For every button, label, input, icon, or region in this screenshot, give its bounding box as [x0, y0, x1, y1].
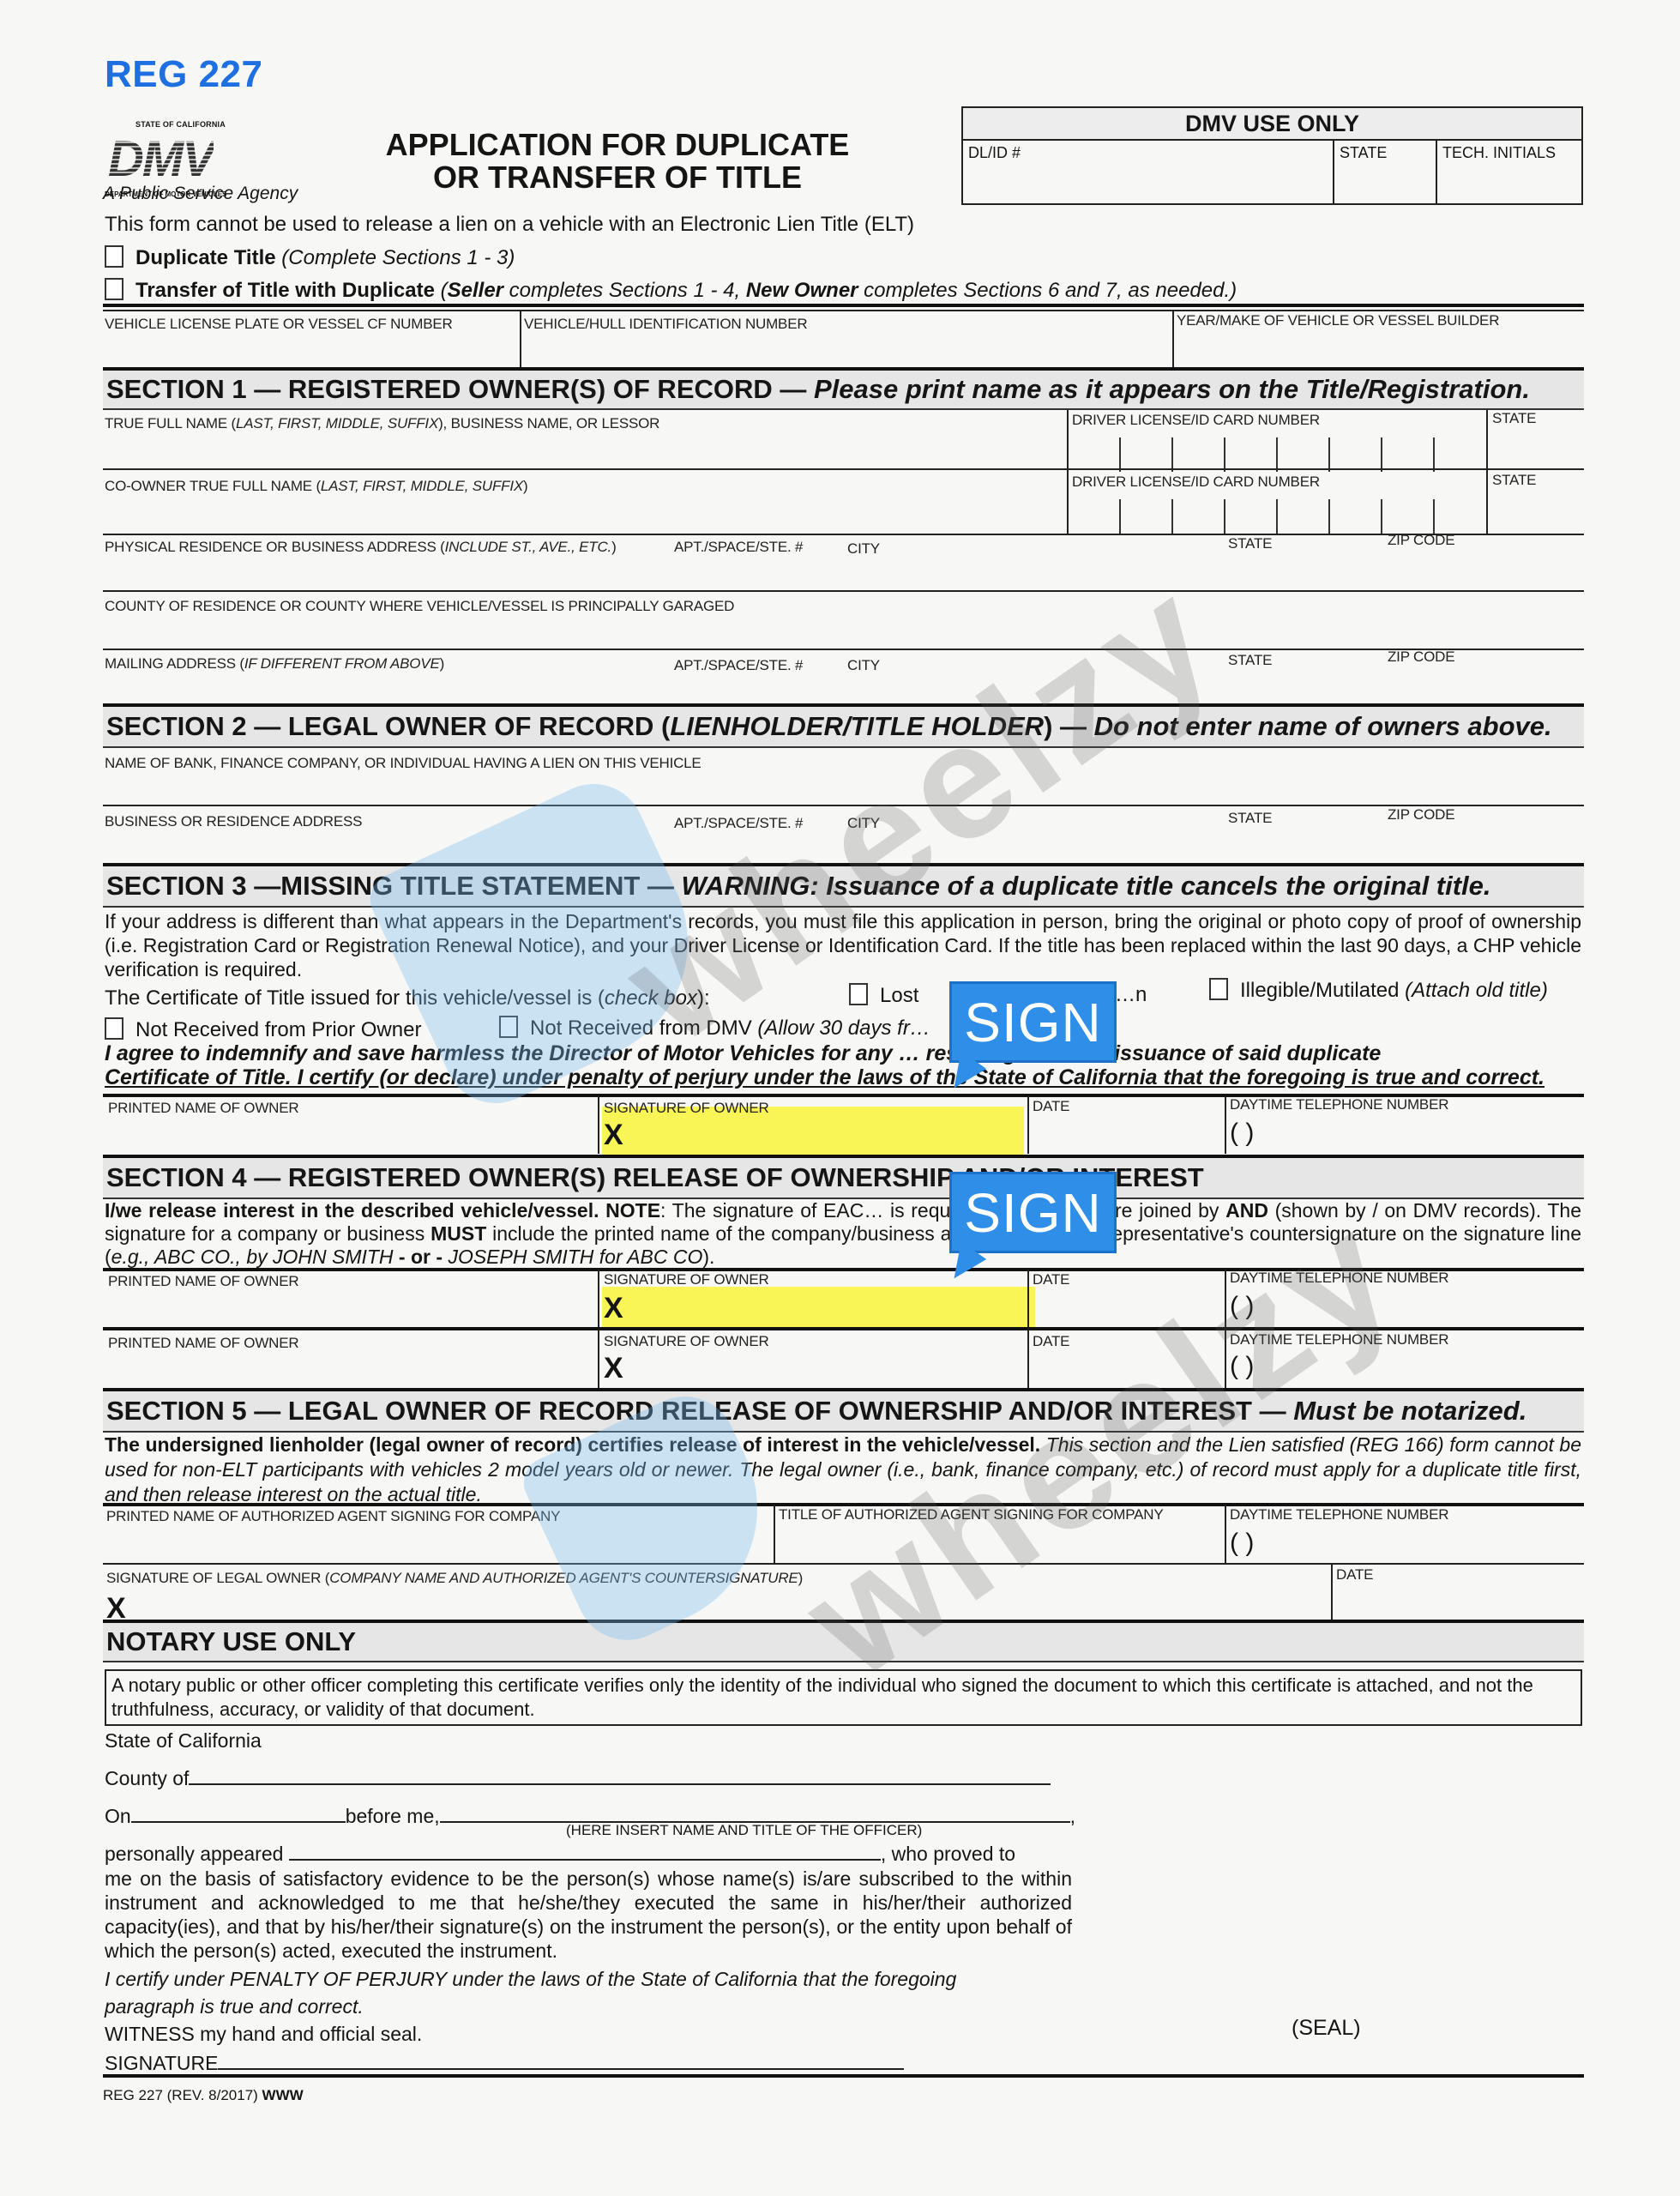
mailing-apt-field[interactable]: APT./SPACE/STE. #: [674, 657, 803, 674]
section-5-header: SECTION 5 — LEGAL OWNER OF RECORD RELEAS…: [103, 1388, 1584, 1433]
lienholder-address-field[interactable]: BUSINESS OR RESIDENCE ADDRESS: [105, 813, 362, 830]
lost-label: Lost: [880, 984, 918, 1007]
mailing-zip-field[interactable]: ZIP CODE: [1388, 649, 1454, 666]
dmv-dlid-field[interactable]: DL/ID #: [963, 141, 1334, 205]
divider: [774, 1505, 775, 1563]
physical-apt-field[interactable]: APT./SPACE/STE. #: [674, 539, 803, 556]
s5-phone-field[interactable]: DAYTIME TELEPHONE NUMBER: [1230, 1506, 1448, 1523]
illegible-checkbox[interactable]: [1209, 978, 1228, 1000]
divider: [1067, 410, 1069, 535]
divider: [598, 1330, 599, 1388]
divider: [103, 468, 1584, 470]
section-3-title: SECTION 3 —MISSING TITLE STATEMENT —: [106, 871, 682, 901]
county-field[interactable]: COUNTY OF RESIDENCE OR COUNTY WHERE VEHI…: [105, 598, 734, 615]
notary-title: NOTARY USE ONLY: [106, 1626, 356, 1656]
s5-date-field[interactable]: DATE: [1336, 1566, 1373, 1584]
owner-dl-field[interactable]: DRIVER LICENSE/ID CARD NUMBER: [1072, 412, 1320, 429]
duplicate-title-checkbox[interactable]: [105, 245, 123, 268]
sign-here-badge[interactable]: SIGN: [949, 1172, 1117, 1253]
section-3-header: SECTION 3 —MISSING TITLE STATEMENT — WAR…: [103, 863, 1584, 908]
notary-appeared-line[interactable]: personally appeared , who proved to: [105, 1843, 1015, 1866]
section-2-header: SECTION 2 — LEGAL OWNER OF RECORD (LIENH…: [103, 703, 1584, 748]
lienholder-apt-field[interactable]: APT./SPACE/STE. #: [674, 815, 803, 832]
s4-row2-phone-parens: ( ): [1230, 1352, 1254, 1381]
logo-mark: DMV: [108, 130, 214, 188]
section-2-title-end: ) —: [1044, 711, 1094, 741]
divider: [103, 590, 1584, 592]
status-not-received-dmv-option[interactable]: Not Received from DMV (Allow 30 days fr…: [499, 1016, 930, 1041]
illegible-label: Illegible/Mutilated: [1240, 979, 1399, 1002]
section-4-header: SECTION 4 — REGISTERED OWNER(S) RELEASE …: [103, 1155, 1584, 1199]
divider: [1225, 1096, 1226, 1154]
section-5-subtitle: Must be notarized.: [1293, 1396, 1526, 1426]
divider: [1027, 1330, 1029, 1388]
s4-row2-printed-name-field[interactable]: PRINTED NAME OF OWNER: [108, 1335, 298, 1352]
divider: [1225, 1270, 1226, 1333]
s4-row1-signature-field[interactable]: SIGNATURE OF OWNER: [604, 1271, 769, 1288]
duplicate-title-label: Duplicate Title: [135, 246, 276, 269]
divider: [1331, 1563, 1333, 1621]
s4-row1-printed-name-field[interactable]: PRINTED NAME OF OWNER: [108, 1273, 298, 1290]
agent-name-field[interactable]: PRINTED NAME OF AUTHORIZED AGENT SIGNING…: [106, 1508, 560, 1525]
indemnity-line-2: Certificate of Title. I certify (or decl…: [105, 1065, 1584, 1089]
divider: [1225, 1330, 1226, 1388]
date-blank[interactable]: [131, 1821, 346, 1823]
dmv-state-field[interactable]: STATE: [1334, 141, 1437, 205]
indemnity-line-1: I agree to indemnify and save harmless t…: [105, 1041, 1584, 1065]
notary-seal: (SEAL): [1292, 2016, 1361, 2041]
dmv-tech-initials-field[interactable]: TECH. INITIALS: [1437, 141, 1581, 205]
divider: [1172, 311, 1174, 369]
status-illegible-option[interactable]: Illegible/Mutilated (Attach old title): [1209, 978, 1548, 1003]
section-2-title: SECTION 2 — LEGAL OWNER OF RECORD (: [106, 711, 670, 741]
notary-signature-blank[interactable]: [218, 2068, 904, 2070]
s4-row2-phone-field[interactable]: DAYTIME TELEPHONE NUMBER: [1230, 1331, 1448, 1348]
agent-title-field[interactable]: TITLE OF AUTHORIZED AGENT SIGNING FOR CO…: [779, 1506, 1163, 1523]
physical-city-field[interactable]: CITY: [847, 540, 880, 558]
status-prior-owner-option[interactable]: Not Received from Prior Owner: [105, 1017, 421, 1042]
section-5-paragraph: The undersigned lienholder (legal owner …: [105, 1433, 1581, 1507]
title-status-prompt: The Certificate of Title issued for this…: [105, 986, 710, 1011]
illegible-note: (Attach old title): [1405, 979, 1548, 1002]
section-3-subtitle: WARNING: Issuance of a duplicate title c…: [682, 871, 1491, 901]
divider: [1027, 1096, 1029, 1154]
notary-signature-line[interactable]: SIGNATURE: [105, 2052, 904, 2075]
title-line-2: OR TRANSFER OF TITLE: [360, 161, 875, 194]
divider: [103, 1327, 1584, 1330]
transfer-title-note: (Seller completes Sections 1 - 4, New Ow…: [441, 279, 1237, 302]
form-revision: REG 227 (REV. 8/2017) WWW: [103, 2087, 304, 2104]
year-make-field[interactable]: YEAR/MAKE OF VEHICLE OR VESSEL BUILDER: [1177, 312, 1499, 329]
s4-row1-phone-parens: ( ): [1230, 1292, 1254, 1321]
duplicate-title-note: (Complete Sections 1 - 3): [281, 246, 515, 269]
notary-acknowledgment: me on the basis of satisfactory evidence…: [105, 1867, 1072, 1963]
section-2-subtitle: Do not enter name of owners above.: [1094, 711, 1552, 741]
prior-owner-checkbox[interactable]: [105, 1017, 123, 1040]
legal-owner-signature-field[interactable]: SIGNATURE OF LEGAL OWNER (COMPANY NAME A…: [106, 1570, 803, 1587]
officer-hint: (HERE INSERT NAME AND TITLE OF THE OFFIC…: [566, 1822, 922, 1839]
s3-date-field[interactable]: DATE: [1033, 1098, 1069, 1115]
s5-phone-parens: ( ): [1230, 1529, 1254, 1558]
divider: [1486, 410, 1488, 535]
vin-field[interactable]: VEHICLE/HULL IDENTIFICATION NUMBER: [524, 316, 807, 333]
sign-here-badge[interactable]: SIGN: [949, 981, 1117, 1063]
section-3-paragraph: If your address is different than what a…: [105, 909, 1581, 981]
s4-row2-signature-x: X: [604, 1352, 623, 1385]
notary-state: State of California: [105, 1729, 262, 1753]
section-1-subtitle: Please print name as it appears on the T…: [814, 374, 1530, 404]
transfer-title-label: Transfer of Title with Duplicate: [135, 279, 435, 302]
lienholder-zip-field[interactable]: ZIP CODE: [1388, 806, 1454, 823]
appeared-blank[interactable]: [289, 1859, 881, 1861]
logo-state-text: STATE OF CALIFORNIA: [135, 120, 226, 129]
lienholder-name-field[interactable]: NAME OF BANK, FINANCE COMPANY, OR INDIVI…: [105, 755, 702, 772]
divider: [1027, 1270, 1029, 1333]
s3-printed-name-field[interactable]: PRINTED NAME OF OWNER: [108, 1100, 298, 1117]
other-label: …n: [1115, 983, 1147, 1006]
indemnity-statement: I agree to indemnify and save harmless t…: [105, 1041, 1584, 1089]
co-owner-dl-field[interactable]: DRIVER LICENSE/ID CARD NUMBER: [1072, 474, 1320, 491]
divider: [103, 534, 1584, 535]
option-transfer-title[interactable]: Transfer of Title with Duplicate (Seller…: [105, 278, 1237, 303]
divider: [598, 1270, 599, 1333]
mailing-address-field[interactable]: MAILING ADDRESS (IF DIFFERENT FROM ABOVE…: [105, 655, 444, 673]
dmv-use-only-title: DMV USE ONLY: [963, 108, 1581, 141]
section-4-paragraph: I/we release interest in the described v…: [105, 1199, 1581, 1269]
notary-perjury-line-2: paragraph is true and correct.: [105, 1995, 364, 2018]
notary-disclaimer: A notary public or other officer complet…: [105, 1669, 1582, 1726]
physical-state-field[interactable]: STATE: [1228, 535, 1272, 552]
notary-witness: WITNESS my hand and official seal.: [105, 2023, 422, 2046]
s4-row1-phone-field[interactable]: DAYTIME TELEPHONE NUMBER: [1230, 1270, 1448, 1287]
s4-row1-date-field[interactable]: DATE: [1033, 1271, 1069, 1288]
divider: [103, 304, 1584, 307]
divider: [103, 805, 1584, 806]
co-owner-name-field[interactable]: CO-OWNER TRUE FULL NAME (LAST, FIRST, MI…: [105, 478, 528, 495]
prior-owner-label: Not Received from Prior Owner: [135, 1018, 421, 1041]
section-2-title-italic: LIENHOLDER/TITLE HOLDER: [670, 711, 1044, 741]
divider: [1225, 1505, 1226, 1563]
divider: [520, 311, 521, 369]
mailing-city-field[interactable]: CITY: [847, 657, 880, 674]
s3-signature-field[interactable]: SIGNATURE OF OWNER: [604, 1100, 769, 1117]
agency-tagline: A Public Service Agency: [103, 184, 298, 204]
divider: [103, 2074, 1584, 2078]
form-title: APPLICATION FOR DUPLICATE OR TRANSFER OF…: [360, 129, 875, 194]
s4-row1-signature-x: X: [604, 1292, 623, 1325]
dmv-use-only-box: DMV USE ONLY DL/ID # STATE TECH. INITIAL…: [961, 106, 1583, 205]
divider: [103, 649, 1584, 650]
owner-name-field[interactable]: TRUE FULL NAME (LAST, FIRST, MIDDLE, SUF…: [105, 415, 659, 432]
notary-header: NOTARY USE ONLY: [103, 1620, 1584, 1662]
section-5-title: SECTION 5 — LEGAL OWNER OF RECORD RELEAS…: [106, 1396, 1293, 1426]
not-received-dmv-checkbox[interactable]: [499, 1016, 518, 1038]
section-1-header: SECTION 1 — REGISTERED OWNER(S) OF RECOR…: [103, 367, 1584, 410]
not-received-dmv-note: (Allow 30 days fr…: [757, 1017, 930, 1040]
lost-checkbox[interactable]: [849, 983, 868, 1005]
divider: [598, 1096, 599, 1154]
county-blank[interactable]: [189, 1783, 1051, 1785]
transfer-title-checkbox[interactable]: [105, 278, 123, 300]
notary-county-line[interactable]: County of: [105, 1767, 1051, 1790]
divider: [103, 1563, 1584, 1565]
co-owner-state-field[interactable]: STATE: [1492, 472, 1536, 489]
license-plate-field[interactable]: VEHICLE LICENSE PLATE OR VESSEL CF NUMBE…: [105, 316, 453, 333]
title-line-1: APPLICATION FOR DUPLICATE: [360, 129, 875, 161]
lienholder-state-field[interactable]: STATE: [1228, 810, 1272, 827]
status-other-option[interactable]: …n: [1115, 983, 1147, 1007]
s4-row2-signature-field[interactable]: SIGNATURE OF OWNER: [604, 1333, 769, 1350]
form-number-badge: REG 227: [105, 53, 262, 96]
owner-state-field[interactable]: STATE: [1492, 410, 1536, 427]
signature-highlight: [602, 1287, 1035, 1330]
option-duplicate-title[interactable]: Duplicate Title (Complete Sections 1 - 3…: [105, 245, 515, 270]
section-1-title: SECTION 1 — REGISTERED OWNER(S) OF RECOR…: [106, 374, 814, 404]
notary-perjury-line-1: I certify under PENALTY OF PERJURY under…: [105, 1968, 956, 1991]
mailing-state-field[interactable]: STATE: [1228, 652, 1272, 669]
s3-signature-x: X: [604, 1119, 623, 1152]
s3-phone-field[interactable]: DAYTIME TELEPHONE NUMBER: [1230, 1096, 1448, 1113]
physical-zip-field[interactable]: ZIP CODE: [1388, 532, 1454, 549]
s4-row2-date-field[interactable]: DATE: [1033, 1333, 1069, 1350]
divider: [103, 310, 1584, 311]
lienholder-city-field[interactable]: CITY: [847, 815, 880, 832]
physical-address-field[interactable]: PHYSICAL RESIDENCE OR BUSINESS ADDRESS (…: [105, 539, 617, 556]
status-lost-option[interactable]: Lost: [849, 983, 918, 1008]
s3-phone-parens: ( ): [1230, 1119, 1254, 1148]
elt-notice: This form cannot be used to release a li…: [105, 213, 914, 237]
not-received-dmv-label: Not Received from DMV: [530, 1017, 752, 1040]
